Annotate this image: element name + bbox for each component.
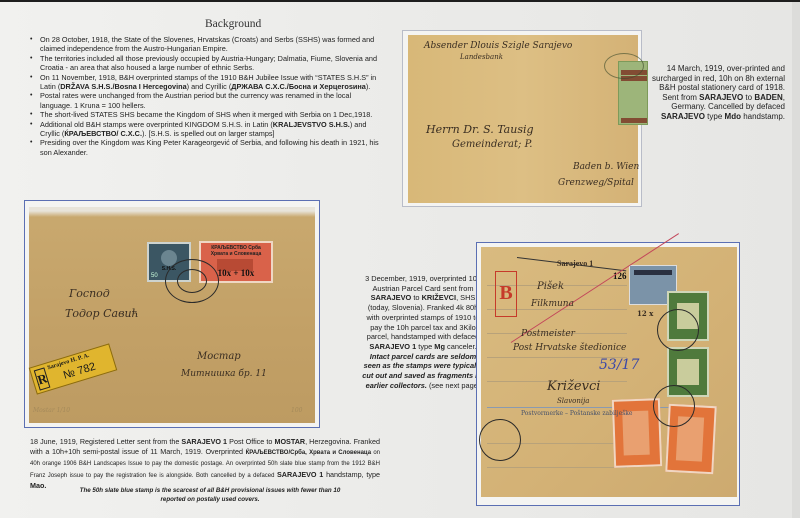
registered-letter-image: S.H.S. 50 КРАЉЕВСТВО Срба Хрвата и Слове… [29,207,315,423]
printed-office-name: Sarajevo 1 [557,259,593,268]
blue-crayon-note: 53/17 [599,357,639,373]
printed-section-heading: Postvormerke – Poštanske zabilješke [521,410,632,417]
card-addressee-handwriting: Herrn Dr. S. Tausig [426,123,534,136]
background-heading: Background [205,18,261,30]
parcel-postmark-1 [657,309,699,351]
fee-notation: 12 x [637,309,653,318]
parcel-postmark-2 [653,385,695,427]
card-city-handwriting: Baden b. Wien [573,162,639,172]
parcel-destination-region: Slavonija [557,397,589,405]
parcel-card-caption: 3 December, 1919, overprinted 10h Austri… [362,274,484,390]
background-bullet: Postal rates were unchanged from the Aus… [30,91,380,110]
letter-street-handwriting: Митнишка бр. 11 [181,369,267,379]
registration-label: R Sarajevo H. P. A. № 782 [29,343,118,394]
letter-addressee-handwriting: Господ [69,287,110,300]
background-bullet: The short-lived STATES SHS became the Ki… [30,110,380,119]
parcel-handwriting-2: Filkmuna [531,299,574,309]
background-bullet: Presiding over the Kingdom was King Pete… [30,138,380,157]
postal-card-mount: Absender Dlouis Szigle Sarajevo Landesba… [402,30,642,207]
background-bullet: On 11 November, 1918, B&H overprinted st… [30,73,380,92]
pencil-note-left: Mostar 1/10 [33,407,70,414]
card-addressee-handwriting-2: Gemeinderat; P. [452,139,532,150]
letter-city-handwriting: Мостар [197,351,241,362]
album-page: Background On 28 October, 1918, the Stat… [0,2,800,518]
parcel-handwriting-1: Pišek [537,281,564,292]
parcel-destination-city: Križevci [547,379,600,394]
parcel-handwriting-4: Post Hrvatske štedionice [513,343,626,353]
registered-letter-mount: S.H.S. 50 КРАЉЕВСТВО Срба Хрвата и Слове… [24,200,320,428]
page-edge [792,2,800,518]
parcel-card-mount: Sarajevo 1 126 B 12 x Pišek Filkmuna Pos… [476,242,740,506]
postmark-inner-ring [177,269,207,293]
background-bullet: The territories included all those previ… [30,54,380,73]
parcel-card-image: Sarajevo 1 126 B 12 x Pišek Filkmuna Pos… [481,247,737,497]
pencil-note-right: 100 [291,407,302,414]
card-sender-handwriting-2: Landesbank [460,53,503,61]
postal-card-caption: 14 March, 1919, over-printed and surchar… [650,64,785,122]
sarajevo-postmark [604,53,644,79]
postal-stationery-card-image: Absender Dlouis Szigle Sarajevo Landesba… [408,35,638,203]
scarcity-note: The 50h slate blue stamp is the scarcest… [70,487,350,504]
background-bullet: Additional old B&H stamps were overprint… [30,120,380,139]
parcel-postmark-3 [479,419,521,461]
background-bullet: On 28 October, 1918, the State of the Sl… [30,35,380,54]
parcel-handwriting-3: Postmeister [521,329,575,339]
registered-letter-caption: 18 June, 1919, Registered Letter sent fr… [30,437,380,491]
background-bullet-list: On 28 October, 1918, the State of the Sl… [30,35,380,157]
letter-addressee-handwriting-2: Тодор Савић [65,307,139,320]
card-city-handwriting-2: Grenzweg/Spital [558,178,634,188]
parcel-number: 126 [613,271,627,281]
card-sender-handwriting: Absender Dlouis Szigle Sarajevo [424,41,572,51]
registered-b-label: B [495,271,517,317]
torn-edge [29,207,315,217]
